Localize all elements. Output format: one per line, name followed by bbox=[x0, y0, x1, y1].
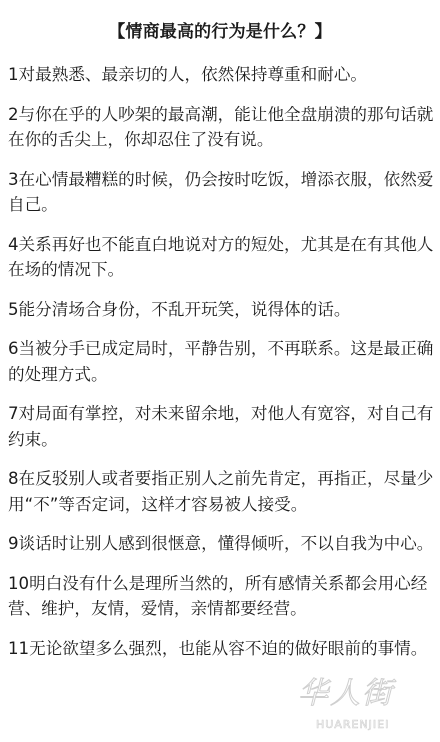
watermark-logo: 华人街 HUARENJIEI bbox=[292, 676, 432, 738]
list-item: 9谈话时让别人感到很惬意，懂得倾听，不以自我为中心。 bbox=[8, 531, 436, 557]
page-title: 【情商最高的行为是什么？】 bbox=[0, 20, 440, 44]
list-item: 6当被分手已成定局时，平静告别，不再联系。这是最正确的处理方式。 bbox=[8, 336, 436, 387]
watermark-chinese-text: 华人街 bbox=[298, 676, 394, 712]
watermark-latin-text: HUARENJIEI bbox=[316, 718, 389, 732]
list-item: 1对最熟悉、最亲切的人，依然保持尊重和耐心。 bbox=[8, 62, 436, 88]
list-item: 10明白没有什么是理所当然的，所有感情关系都会用心经营、维护，友情，爱情，亲情都… bbox=[8, 571, 436, 622]
list-item: 4关系再好也不能直白地说对方的短处，尤其是在有其他人在场的情况下。 bbox=[8, 232, 436, 283]
list-item: 7对局面有掌控，对未来留余地，对他人有宽容，对自己有约束。 bbox=[8, 401, 436, 452]
behavior-list: 1对最熟悉、最亲切的人，依然保持尊重和耐心。 2与你在乎的人吵架的最高潮，能让他… bbox=[8, 62, 436, 675]
list-item: 8在反驳别人或者要指正别人之前先肯定，再指正，尽量少用“不”等否定词，这样才容易… bbox=[8, 466, 436, 517]
list-item: 3在心情最糟糕的时候，仍会按时吃饭，增添衣服，依然爱自己。 bbox=[8, 167, 436, 218]
list-item: 2与你在乎的人吵架的最高潮，能让他全盘崩溃的那句话就在你的舌尖上，你却忍住了没有… bbox=[8, 102, 436, 153]
document-page: 【情商最高的行为是什么？】 1对最熟悉、最亲切的人，依然保持尊重和耐心。 2与你… bbox=[0, 0, 440, 742]
list-item: 11无论欲望多么强烈，也能从容不迫的做好眼前的事情。 bbox=[8, 636, 436, 662]
list-item: 5能分清场合身份，不乱开玩笑，说得体的话。 bbox=[8, 297, 436, 323]
